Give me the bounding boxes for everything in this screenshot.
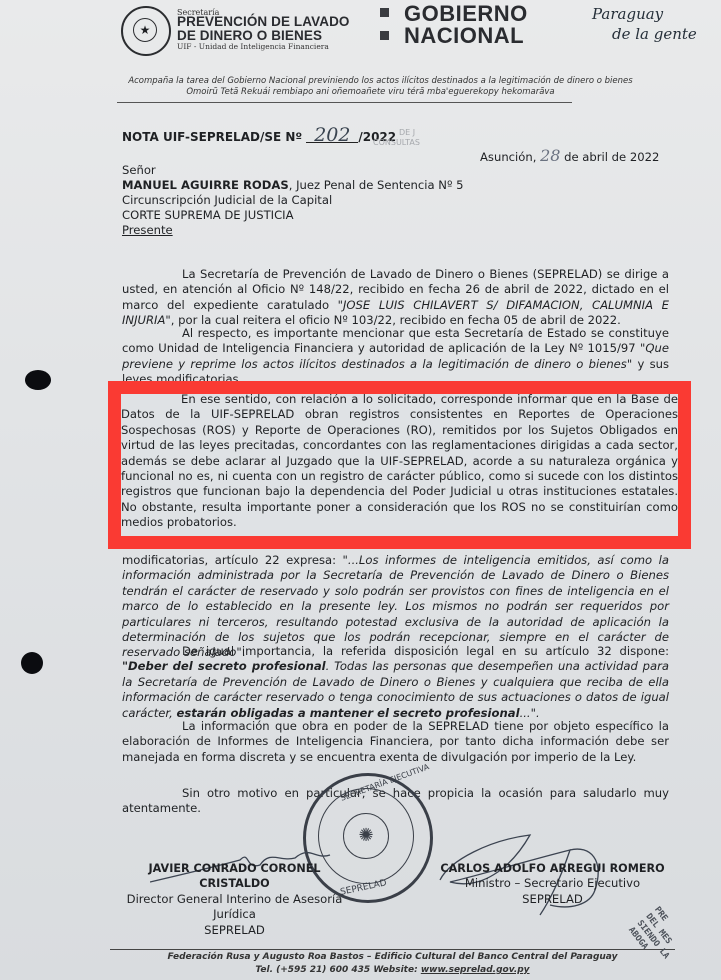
faint-stamp: DE J CONSULTAS (363, 128, 420, 148)
date-line: Asunción, 28 de abril de 2022 (480, 148, 659, 165)
recipient-block: Señor MANUEL AGUIRRE RODAS, Juez Penal d… (122, 163, 463, 238)
star-icon: ★ (133, 18, 157, 42)
footer-address: Federación Rusa y Augusto Roa Bastos – E… (110, 952, 675, 962)
footer-contact: Tel. (+595 21) 600 435 Website: www.sepr… (110, 965, 675, 975)
square-icon (380, 8, 389, 17)
footer-divider (110, 949, 675, 950)
punch-hole (25, 370, 51, 390)
institution-name: PREVENCIÓN DE LAVADO DE DINERO O BIENES (177, 15, 350, 43)
handwritten-number: 202 (306, 128, 358, 143)
punch-hole (21, 652, 43, 674)
handwritten-day: 28 (540, 146, 560, 165)
paragraph-article-32: De igual importancia, la referida dispos… (122, 644, 669, 721)
paragraph-information: La información que obra en poder de la S… (122, 719, 669, 765)
paragraph-1: La Secretaría de Prevención de Lavado de… (122, 267, 669, 329)
paragraph-2: Al respecto, es importante mencionar que… (122, 326, 669, 388)
signature-block-1: JAVIER CONRADO CORONEL CRISTALDO Directo… (122, 861, 347, 938)
slogan-logo: Paraguay de la gente (592, 4, 697, 44)
tagline-guarani: Omoirũ Tetã Rekuái rembiapo ani oñemoañe… (0, 87, 721, 97)
note-number: NOTA UIF-SEPRELAD/SE Nº 202/2022 (122, 128, 396, 145)
header-divider (117, 102, 572, 103)
website-link[interactable]: www.seprelad.gov.py (421, 965, 530, 975)
gobierno-nacional-logo: GOBIERNO NACIONAL (404, 3, 528, 47)
institution-subtitle: UIF - Unidad de Inteligencia Financiera (177, 42, 329, 51)
tagline-spanish: Acompaña la tarea del Gobierno Nacional … (0, 76, 721, 86)
red-highlight-box (108, 381, 691, 549)
signature-block-2: CARLOS ADOLFO ARREGUI ROMERO Ministro – … (440, 861, 665, 907)
square-icon (380, 31, 389, 40)
